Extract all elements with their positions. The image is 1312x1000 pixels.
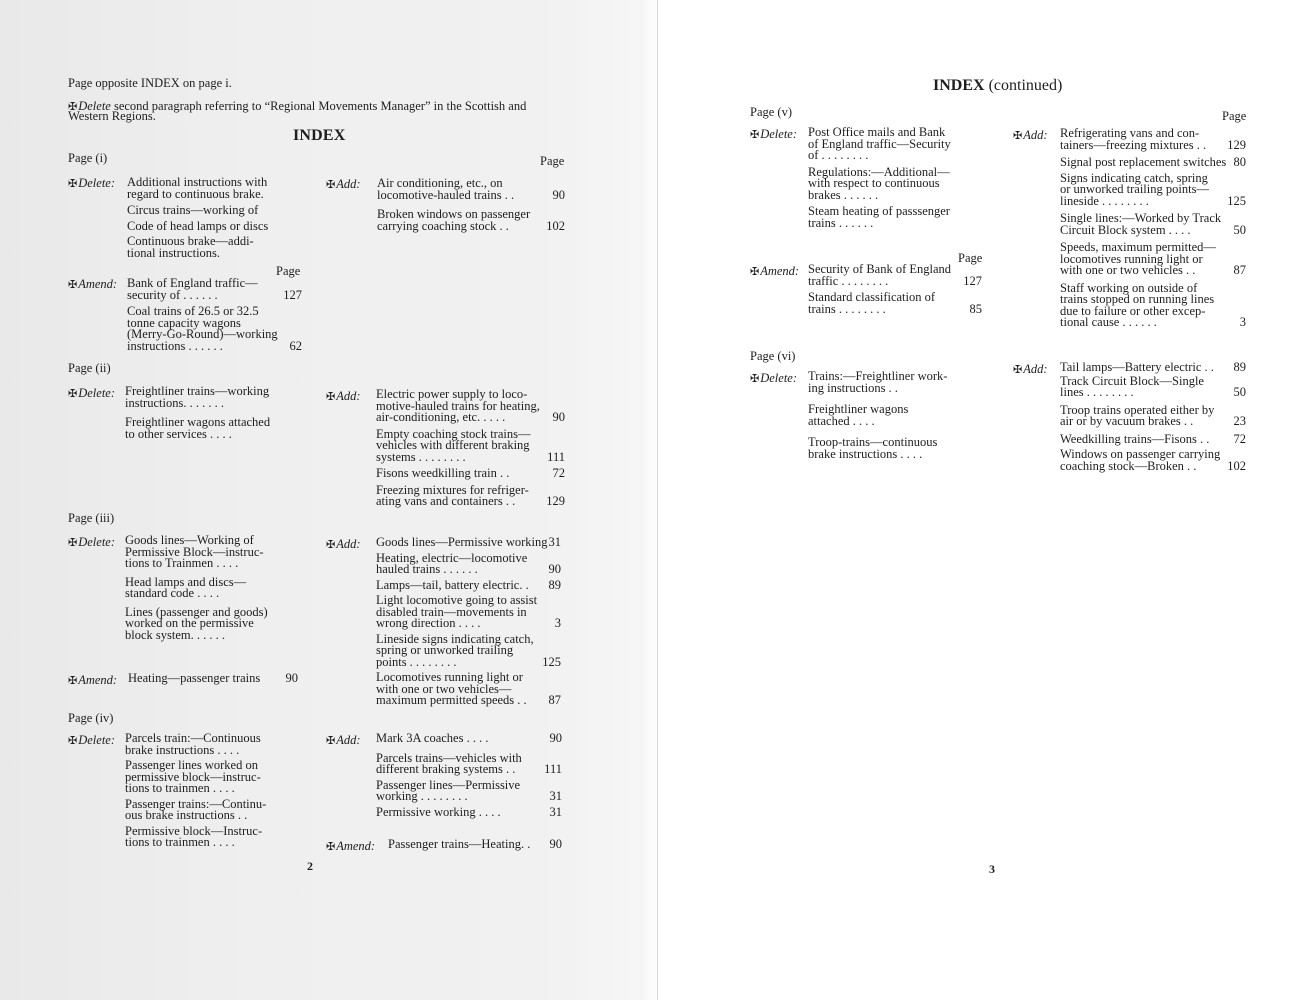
amendment-marker-icon: ✠: [68, 735, 77, 747]
entry-text: brake instructions . . . .: [808, 449, 922, 461]
index-entry: Troop trains operated either byair or by…: [1060, 405, 1246, 428]
entry-text: locomotive-hauled trains . .: [377, 190, 514, 202]
amend-label: ✠Amend:: [68, 673, 117, 688]
amend-label: ✠Amend:: [68, 277, 117, 292]
entry-text: Lamps—tail, battery electric. .: [376, 580, 529, 592]
entry-page-number: 50: [1234, 225, 1247, 237]
add-label: ✠Add:: [326, 537, 361, 552]
index-entry: Coal trains of 26.5 or 32.5tonne capacit…: [127, 306, 302, 352]
entry-text: points . . . . . . . .: [376, 657, 457, 669]
entry-text: block system. . . . . .: [125, 630, 225, 642]
delete-label: ✠Delete:: [750, 371, 797, 386]
entry-text: tainers—freezing mixtures . .: [1060, 140, 1206, 152]
index-title: INDEX: [293, 127, 346, 145]
entry-page-number: 102: [546, 221, 565, 233]
entry-text: air or by vacuum brakes . .: [1060, 416, 1193, 428]
entry-text: ating vans and containers . .: [376, 496, 515, 508]
entry-text: brakes . . . . . .: [808, 190, 878, 202]
entry-text: Goods lines—Permissive working: [376, 537, 548, 549]
section-heading: Page (iii): [68, 512, 114, 524]
add-label: ✠Add:: [1013, 128, 1048, 143]
index-entry: Continuous brake—addi-tional instruction…: [127, 236, 282, 259]
entry-text: to other services . . . .: [125, 429, 232, 441]
page-column-label: Page: [958, 252, 982, 264]
index-entry: Lineside signs indicating catch,spring o…: [376, 634, 561, 669]
section-heading: Page (ii): [68, 362, 111, 374]
entry-page-number: 125: [542, 657, 561, 669]
index-entry: Additional instructions withregard to co…: [127, 177, 282, 200]
delete-label: ✠Delete:: [68, 386, 115, 401]
page-column-label: Page: [540, 155, 564, 167]
entry-text: Circuit Block system . . . .: [1060, 225, 1191, 237]
index-entry: Freightliner trains—workinginstructions.…: [125, 386, 275, 409]
entry-text: Signal post replacement switches: [1060, 157, 1226, 169]
index-entry: Windows on passenger carryingcoaching st…: [1060, 449, 1246, 472]
entry-page-number: 89: [549, 580, 562, 592]
entry-page-number: 90: [549, 564, 562, 576]
entry-text: air-conditioning, etc. . . . .: [376, 412, 505, 424]
index-entry: Parcels trains—vehicles withdifferent br…: [376, 753, 562, 776]
entry-text: standard code . . . .: [125, 588, 219, 600]
entry-text: Mark 3A coaches . . . .: [376, 733, 488, 745]
index-entry: Post Office mails and Bankof England tra…: [808, 127, 960, 162]
entry-page-number: 31: [550, 791, 563, 803]
entry-text: traffic . . . . . . . .: [808, 276, 888, 288]
entry-text: tions to trainmen . . . .: [125, 837, 235, 849]
index-entry: Signs indicating catch, springor unworke…: [1060, 173, 1246, 208]
index-entry: Bank of England traffic—security of . . …: [127, 278, 302, 301]
entry-text: lineside . . . . . . . .: [1060, 196, 1149, 208]
entry-text: Fisons weedkilling train . .: [376, 468, 509, 480]
index-entry: Head lamps and discs—standard code . . .…: [125, 577, 275, 600]
amendment-marker-icon: ✠: [326, 841, 335, 853]
amend-label: ✠Amend:: [326, 839, 375, 854]
index-entry: Permissive block—Instruc-tions to trainm…: [125, 826, 275, 849]
amendment-marker-icon: ✠: [68, 279, 77, 291]
index-entry: Freezing mixtures for refriger-ating van…: [376, 485, 565, 508]
amendment-marker-icon: ✠: [68, 537, 77, 549]
amendment-marker-icon: ✠: [68, 388, 77, 400]
index-entry: Air conditioning, etc., onlocomotive-hau…: [377, 178, 565, 201]
note-heading: Page opposite INDEX on page i.: [68, 77, 232, 89]
entry-page-number: 111: [547, 452, 565, 464]
entry-text: regard to continuous brake.: [127, 189, 264, 201]
add-label: ✠Add:: [326, 733, 361, 748]
amendment-marker-icon: ✠: [1013, 364, 1022, 376]
book-gutter: [640, 0, 662, 1000]
entry-page-number: 129: [546, 496, 565, 508]
delete-label: ✠Delete:: [750, 127, 797, 142]
entry-text: Circus trains—working of: [127, 205, 258, 217]
index-entry: Lines (passenger and goods)worked on the…: [125, 607, 275, 642]
entry-page-number: 89: [1234, 362, 1247, 374]
add-label: ✠Add:: [1013, 362, 1048, 377]
gutter-fold: [657, 0, 658, 1000]
entry-page-number: 90: [550, 733, 563, 745]
entry-text: instructions . . . . . .: [127, 341, 223, 353]
index-entry: Troop-trains—continuousbrake instruction…: [808, 437, 960, 460]
entry-page-number: 72: [553, 468, 566, 480]
index-entry: Speeds, maximum permitted—locomotives ru…: [1060, 242, 1246, 277]
index-entry: Passenger lines worked onpermissive bloc…: [125, 760, 275, 795]
entry-page-number: 90: [553, 412, 566, 424]
entry-text: security of . . . . . .: [127, 290, 218, 302]
index-entry: Goods lines—Working ofPermissive Block—i…: [125, 535, 275, 570]
index-entry: Passenger trains:—Continu-ous brake inst…: [125, 799, 275, 822]
entry-page-number: 127: [283, 290, 302, 302]
entry-text: tions to trainmen . . . .: [125, 783, 235, 795]
entry-page-number: 23: [1234, 416, 1247, 428]
index-entry: Heating, electric—locomotivehauled train…: [376, 553, 561, 576]
index-entry: Goods lines—Permissive working31: [376, 537, 561, 549]
page-number-2: 2: [307, 859, 313, 874]
entry-text: trains . . . . . .: [808, 218, 873, 230]
entry-text: Weedkilling trains—Fisons . .: [1060, 434, 1209, 446]
entry-page-number: 127: [963, 276, 982, 288]
index-entry: Freightliner wagonsattached . . . .: [808, 404, 960, 427]
index-entry: Passenger lines—Permissiveworking . . . …: [376, 780, 562, 803]
index-entry: Staff working on outside oftrains stoppe…: [1060, 283, 1246, 329]
entry-text: ous brake instructions . .: [125, 810, 247, 822]
section-heading: Page (vi): [750, 350, 795, 362]
index-entry: Signal post replacement switches80: [1060, 157, 1246, 169]
index-entry: Trains:—Freightliner work-ing instructio…: [808, 371, 960, 394]
entry-page-number: 31: [550, 807, 563, 819]
entry-page-number: 125: [1227, 196, 1246, 208]
entry-page-number: 102: [1227, 461, 1246, 473]
amendment-marker-icon: ✠: [68, 178, 77, 190]
entry-text: hauled trains . . . . . .: [376, 564, 478, 576]
index-entry: Fisons weedkilling train . .72: [376, 468, 565, 480]
entry-page-number: 85: [970, 304, 983, 316]
index-entry: Light locomotive going to assistdisabled…: [376, 595, 561, 630]
entry-text: Code of head lamps or discs: [127, 221, 268, 233]
index-entry: Freightliner wagons attachedto other ser…: [125, 417, 275, 440]
entry-page-number: 50: [1234, 387, 1247, 399]
entry-page-number: 129: [1227, 140, 1246, 152]
entry-page-number: 111: [544, 764, 562, 776]
page-number-3: 3: [989, 862, 995, 877]
entry-page-number: 90: [553, 190, 566, 202]
entry-text: carrying coaching stock . .: [377, 221, 509, 233]
add-label: ✠Add:: [326, 389, 361, 404]
index-entry: Single lines:—Worked by TrackCircuit Blo…: [1060, 213, 1246, 236]
entry-text: instructions. . . . . . .: [125, 398, 224, 410]
index-entry: Weedkilling trains—Fisons . .72: [1060, 434, 1246, 446]
index-entry: Mark 3A coaches . . . .90: [376, 733, 562, 745]
index-entry: Lamps—tail, battery electric. .89: [376, 580, 561, 592]
page-column-label: Page: [276, 265, 300, 277]
index-entry: Locomotives running light orwith one or …: [376, 672, 561, 707]
entry-text: Passenger trains—Heating. .: [388, 839, 530, 851]
entry-text: tional instructions.: [127, 248, 220, 260]
entry-text: trains . . . . . . . .: [808, 304, 886, 316]
entry-page-number: 62: [290, 341, 303, 353]
entry-text: brake instructions . . . .: [125, 745, 239, 757]
amendment-marker-icon: ✠: [1013, 130, 1022, 142]
index-continued-title: INDEX (continued): [933, 77, 1062, 95]
index-entry: Empty coaching stock trains—vehicles wit…: [376, 429, 565, 464]
amendment-marker-icon: ✠: [326, 391, 335, 403]
entry-text: working . . . . . . . .: [376, 791, 468, 803]
amendment-marker-icon: ✠: [750, 129, 759, 141]
entry-page-number: 87: [549, 695, 562, 707]
index-entry: Refrigerating vans and con-tainers—freez…: [1060, 128, 1246, 151]
amendment-marker-icon: ✠: [326, 539, 335, 551]
entry-text: wrong direction . . . .: [376, 618, 481, 630]
entry-page-number: 3: [555, 618, 561, 630]
amendment-marker-icon: ✠: [326, 179, 335, 191]
entry-page-number: 31: [549, 537, 562, 549]
section-heading: Page (i): [68, 152, 107, 164]
entry-text: systems . . . . . . . .: [376, 452, 466, 464]
section-heading: Page (v): [750, 106, 792, 118]
index-entry: Circus trains—working of: [127, 205, 282, 217]
note-line-2: Western Regions.: [68, 110, 156, 122]
entry-text: tional cause . . . . . .: [1060, 317, 1157, 329]
section-heading: Page (iv): [68, 712, 113, 724]
index-entry: Track Circuit Block—Singlelines . . . . …: [1060, 376, 1246, 399]
entry-page-number: 72: [1234, 434, 1247, 446]
entry-text: different braking systems . .: [376, 764, 515, 776]
index-entry: Broken windows on passengercarrying coac…: [377, 209, 565, 232]
entry-text: tions to Trainmen . . . .: [125, 558, 238, 570]
index-entry: Steam heating of passsengertrains . . . …: [808, 206, 960, 229]
index-entry: Parcels train:—Continuousbrake instructi…: [125, 733, 275, 756]
entry-text: Tail lamps—Battery electric . .: [1060, 362, 1214, 374]
amend-label: ✠Amend:: [750, 264, 799, 279]
index-entry: Code of head lamps or discs: [127, 221, 282, 233]
entry-page-number: 80: [1234, 157, 1247, 169]
index-entry: Security of Bank of Englandtraffic . . .…: [808, 264, 982, 287]
entry-text: Heating—passenger trains: [128, 673, 260, 685]
index-entry: Tail lamps—Battery electric . .89: [1060, 362, 1246, 374]
index-entry: Regulations:—Additional—with respect to …: [808, 167, 960, 202]
entry-page-number: 87: [1234, 265, 1247, 277]
amendment-marker-icon: ✠: [750, 266, 759, 278]
delete-label: ✠Delete:: [68, 535, 115, 550]
add-label: ✠Add:: [326, 177, 361, 192]
page-column-label: Page: [1222, 110, 1246, 122]
index-entry: Permissive working . . . .31: [376, 807, 562, 819]
amendment-marker-icon: ✠: [68, 675, 77, 687]
index-entry: Heating—passenger trains90: [128, 673, 298, 685]
entry-text: maximum permitted speeds . .: [376, 695, 527, 707]
entry-page-number: 90: [550, 839, 563, 851]
amendment-marker-icon: ✠: [326, 735, 335, 747]
entry-page-number: 90: [286, 673, 299, 685]
entry-text: lines . . . . . . . .: [1060, 387, 1134, 399]
entry-text: of . . . . . . . .: [808, 150, 868, 162]
entry-text: coaching stock—Broken . .: [1060, 461, 1196, 473]
entry-text: ing instructions . .: [808, 383, 898, 395]
entry-text: attached . . . .: [808, 416, 875, 428]
delete-label: ✠Delete:: [68, 733, 115, 748]
delete-label: ✠Delete:: [68, 176, 115, 191]
amendment-marker-icon: ✠: [750, 373, 759, 385]
entry-text: with one or two vehicles . .: [1060, 265, 1195, 277]
index-entry: Passenger trains—Heating. .90: [388, 839, 562, 851]
index-entry: Standard classification oftrains . . . .…: [808, 292, 982, 315]
entry-page-number: 3: [1240, 317, 1246, 329]
entry-text: Permissive working . . . .: [376, 807, 501, 819]
index-entry: Electric power supply to loco-motive-hau…: [376, 389, 565, 424]
